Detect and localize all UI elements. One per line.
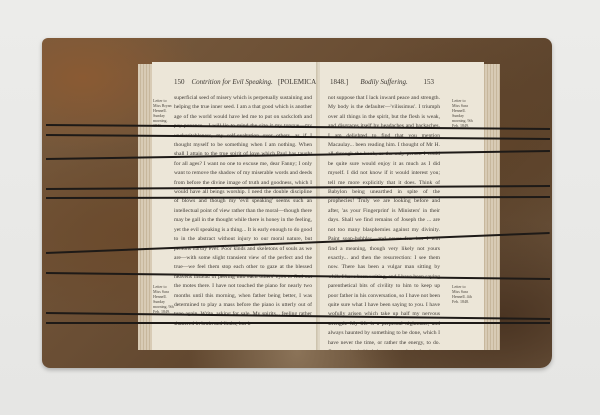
right-page-number: 153 (424, 78, 435, 86)
margin-note-bottom-left: Letter to Miss Sara Hennell. Sunday morn… (153, 284, 175, 314)
right-running-head: 1848.] Bodily Suffering. 153 (330, 78, 434, 86)
left-page-text: superficial seed of misery which is perp… (174, 94, 312, 329)
margin-note-top-left: Letter to Miss Bryan Hennell. Sunday mor… (153, 98, 175, 128)
right-page: 1848.] Bodily Suffering. 153 Letter to M… (320, 62, 484, 350)
left-title: Contrition for Evil Speaking. (192, 78, 273, 86)
right-page-text: not suppose that I lack inward peace and… (328, 94, 440, 350)
right-bracket: 1848.] (330, 78, 348, 86)
margin-note-top-right: Letter to Miss Sara Hennell. Sunday morn… (452, 98, 474, 128)
string-strand (46, 322, 550, 324)
left-running-head: 150 Contrition for Evil Speaking. [POLEM… (174, 78, 318, 86)
right-title: Bodily Suffering. (360, 78, 407, 86)
open-book: 150 Contrition for Evil Speaking. [POLEM… (138, 62, 500, 352)
left-bracket: [POLEMICAL (278, 78, 318, 86)
left-page-number: 150 (174, 78, 185, 86)
left-page: 150 Contrition for Evil Speaking. [POLEM… (152, 62, 318, 350)
margin-note-bottom-right: Letter to Miss Sara Hennell. 4th Feb. 18… (452, 284, 474, 304)
page-edges-right (484, 64, 500, 350)
